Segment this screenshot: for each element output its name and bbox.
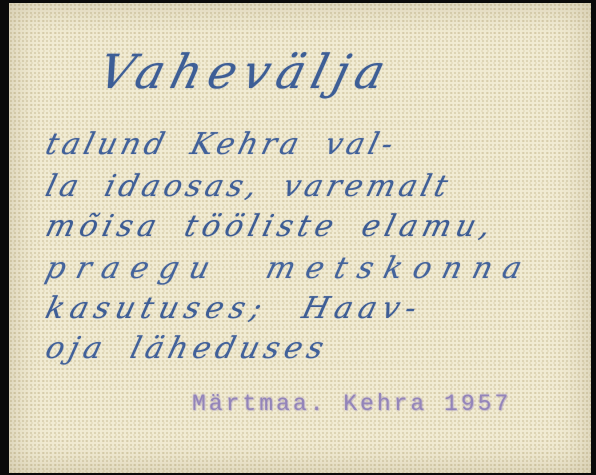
card-title-handwritten: Vahevälja: [93, 45, 398, 100]
handwritten-line-5: kasutuses; Haav-: [42, 291, 426, 326]
handwritten-line-4: praegu metskonna: [42, 251, 536, 286]
handwritten-line-3: mõisa tööliste elamu,: [42, 209, 499, 244]
handwritten-line-6: oja läheduses: [42, 331, 332, 366]
collector-date-stamp: Märtmaa. Kehra 1957: [192, 391, 511, 417]
handwritten-line-2: la idaosas, varemalt: [42, 169, 455, 204]
card-photo: Vahevälja talund Kehra val- la idaosas, …: [0, 0, 596, 475]
paper-card: Vahevälja talund Kehra val- la idaosas, …: [9, 3, 591, 473]
handwritten-line-1: talund Kehra val-: [42, 127, 401, 162]
